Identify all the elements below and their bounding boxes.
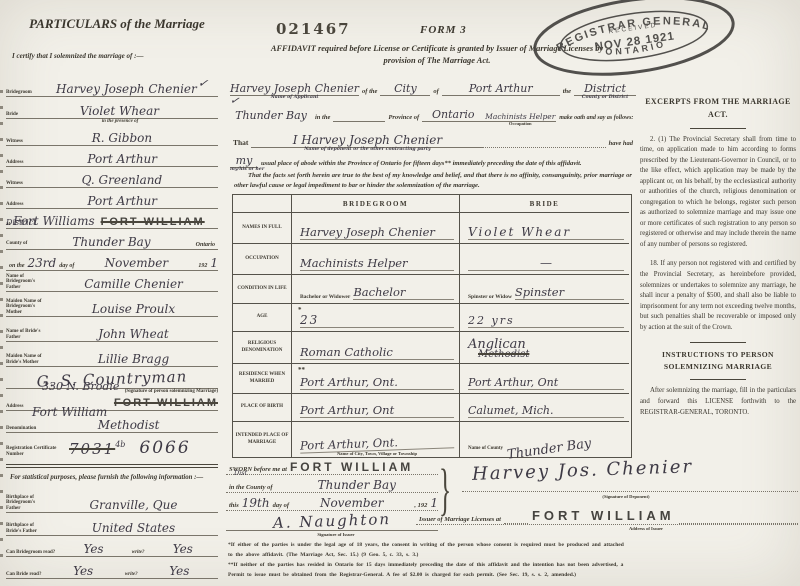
deponent-signature-label: (Signature of Deponent)	[546, 494, 706, 499]
bachelor-or-widower-label: Bachelor or Widower	[300, 294, 353, 300]
sworn-line1: SWORN before me at FORT WILLIAM	[226, 458, 438, 475]
that-label: That	[230, 138, 251, 148]
bride-religion-struck-value: Methodist	[468, 349, 529, 360]
sworn-day-of-label: day of	[270, 502, 292, 510]
religion-bride-cell: Anglican Methodist	[459, 331, 629, 363]
footnote-line1: *If either of the parties is under the l…	[228, 541, 798, 551]
sworn-month-value: November	[292, 496, 411, 510]
bride-father-value: John Wheat	[49, 328, 218, 341]
bridegroom-literacy-row: Can Bridegroom read? Yes write? Yes	[6, 536, 218, 557]
bride-father-row: Name of Bride's Father John Wheat	[6, 321, 218, 342]
bridegroom-father-birthplace-label: Birthplace of Bridegroom's Father	[6, 495, 49, 513]
registration-number-new: 6066	[139, 438, 190, 458]
province-of-label: Province of	[385, 114, 422, 122]
county-value: Thunder Bay	[30, 236, 192, 249]
year-printed: 192	[195, 263, 210, 270]
bridegroom-name-value: Harvey Joseph Chenier	[35, 83, 218, 96]
bride-literacy-row: Can Bride read? Yes write? Yes	[6, 558, 218, 579]
age-bride-cell: 22 yrs	[459, 303, 629, 331]
instructions-title: INSTRUCTIONS TO PERSON SOLEMNIZING MARRI…	[658, 349, 778, 373]
issuer-address-line: Issuer of Marriage Licenses at FORT WILL…	[416, 506, 798, 525]
occupation-slot: Machinists Helper Occupation	[484, 113, 556, 122]
marriage-details-table: BRIDEGROOM BRIDE NAMES in full Harvey Jo…	[232, 194, 632, 458]
affidavit-line2: Thunder Bay in the Province of Ontario M…	[230, 100, 636, 122]
bridegroom-write-value: Yes	[148, 543, 218, 556]
this-label: this	[226, 502, 242, 510]
condition-row-label: CONDITION in LIFE	[233, 274, 291, 303]
blank-line	[333, 121, 385, 122]
excerpt-paragraph-2-1: 2. (1) The Provincial Secretary shall fr…	[640, 135, 796, 251]
marriage-affidavit-document: PARTICULARS of the Marriage I certify th…	[0, 0, 800, 586]
birthplace-bridegroom-cell: Port Arthur, Ont	[291, 393, 459, 421]
issuer-signature-label: Signature of Issuer	[266, 532, 406, 537]
province-value: Ontario	[422, 108, 484, 122]
applicant-name-value: Harvey Joseph Chenier Name of Applicant	[230, 82, 359, 96]
instructions-paragraph: After solemnizing the marriage, fill in …	[640, 386, 796, 418]
bride-occupation-value: —	[468, 256, 624, 271]
applicant-name-text: Harvey Joseph Chenier	[230, 82, 359, 95]
solemnizer-address-row: Address 330 N. Brodie Fort William FORT …	[6, 390, 218, 411]
bridegroom-read-value: Yes	[58, 543, 128, 556]
in-county-of-label: in the County of	[226, 484, 276, 492]
birthplace-bride-cell: Calumet, Mich.	[459, 393, 629, 421]
statistics-intro: For statistical purposes, please furnish…	[10, 473, 214, 483]
bridegroom-father-birthplace-row: Birthplace of Bridegroom's Father Granvi…	[6, 492, 218, 513]
form-number: FORM 3	[420, 24, 467, 36]
address1-label: Address	[6, 160, 26, 167]
deponent-name-text: I Harvey Joseph Chenier	[293, 133, 442, 147]
oath-text: make oath and say as follows:	[556, 115, 636, 122]
bridegroom-label: Bridegroom	[6, 90, 35, 97]
denomination-value: Methodist	[39, 419, 218, 432]
bride-row: Bride Violet Whear	[6, 98, 218, 119]
bridegroom-father-row: Name of Bridegroom's Father Camille Chen…	[6, 271, 218, 292]
day-value: 23rd	[28, 256, 57, 270]
footnotes: *If either of the parties is under the l…	[228, 541, 798, 581]
asterisk-mark: *	[298, 306, 302, 314]
bride-father-birthplace-label: Birthplace of Bride's Father	[6, 523, 49, 535]
registration-number-old: 7031	[69, 440, 115, 458]
affidavit-line3: That I Harvey Joseph Chenier Name of dep…	[230, 128, 636, 148]
bridegroom-father-birthplace-value: Granville, Que	[49, 499, 218, 512]
serial-number: 021467	[276, 20, 351, 38]
day-of-label: day of	[56, 263, 77, 270]
religion-bridegroom-cell: Roman Catholic	[291, 331, 459, 363]
dotted-line	[483, 146, 605, 148]
county-label: County of	[6, 241, 30, 247]
table-corner-cell	[233, 195, 291, 212]
bride-age-value: 22 yrs	[468, 314, 624, 328]
names-row-label: NAMES in full	[233, 212, 291, 243]
registration-number-mark: 4b	[115, 440, 125, 449]
condition-bridegroom-cell: Bachelor or Widower Bachelor	[291, 274, 459, 303]
deponent-name-value: I Harvey Joseph Chenier Name of deponent…	[251, 133, 483, 148]
religion-row-label: RELIGIOUS DENOMINATION	[233, 331, 291, 363]
certify-line: I certify that I solemnized the marriage…	[12, 52, 212, 60]
witness2-label: Witness	[6, 181, 26, 188]
bridegroom-write-label: write?	[129, 550, 148, 556]
issuer-signature-line: A. Naughton	[226, 512, 438, 531]
county-row: District County of Thunder Bay Ontario	[6, 229, 218, 250]
sworn-county-value: Thunder Bay	[276, 478, 438, 492]
occupation-sublabel: Occupation	[484, 121, 556, 126]
facts-paragraph: That the facts set forth herein are true…	[234, 171, 632, 191]
fort-william-stamp: FORT WILLIAM	[528, 508, 679, 524]
bride-write-value: Yes	[141, 565, 218, 578]
county-value: Thunder Bay	[230, 109, 312, 122]
address3-street: 330 N. Brodie	[42, 380, 119, 393]
bride-condition-value: Spinster	[515, 285, 624, 300]
excerpts-title: EXCERPTS FROM THE MARRIAGE ACT.	[640, 96, 796, 122]
sworn-day-value: 19th	[242, 496, 270, 510]
bridegroom-read-label: Can Bridegroom read?	[6, 550, 58, 557]
in-the-label: in the	[312, 114, 333, 122]
issuer-at-label: Issuer of Marriage Licenses at	[416, 516, 504, 524]
bride-read-label: Can Bride read?	[6, 572, 44, 579]
bridegroom-birthplace-value: Port Arthur, Ont	[300, 403, 454, 418]
of-label: of	[430, 88, 441, 96]
sworn-line2: Dist in the County of Thunder Bay	[226, 476, 438, 493]
district-value: District County or District	[574, 82, 636, 96]
issuer-signature: A. Naughton	[226, 508, 438, 533]
condition-bride-cell: Spinster or Widow Spinster	[459, 274, 629, 303]
witness2-value: Q. Greenland	[26, 174, 218, 187]
address1-row: Address Port Arthur	[6, 146, 218, 167]
bridegroom-mother-label: Maiden Name of Bridegroom's Mother	[6, 299, 49, 317]
bridegroom-row: Bridegroom Harvey Joseph Chenier	[6, 76, 218, 97]
abode-text: usual place of abode within the Province…	[258, 160, 585, 168]
have-had-label: have had	[606, 140, 636, 148]
binding-edge-marks	[0, 90, 3, 566]
fort-william-stamp: FORT WILLIAM	[114, 397, 218, 409]
deponent-signature: Harvey Jos. Chenier	[472, 456, 694, 485]
birthplace-row-label: PLACE of BIRTH	[233, 393, 291, 421]
occupation-value: Machinists Helper	[484, 113, 556, 121]
district-text: District	[584, 82, 626, 95]
fort-william-stamp: FORT WILLIAM	[101, 216, 205, 228]
residence-row-label: RESIDENCE when MARRIED	[233, 363, 291, 393]
bridegroom-age-value: 23	[300, 313, 454, 328]
bride-father-birthplace-row: Birthplace of Bride's Father United Stat…	[6, 515, 218, 536]
bridegroom-fullname-value: Harvey Joseph Chenier	[300, 225, 454, 240]
bride-write-label: write?	[122, 572, 141, 578]
intended-place-bridegroom-cell: Port Arthur, Ont. Name of City, Town, Vi…	[291, 421, 459, 457]
sworn-block: SWORN before me at FORT WILLIAM Dist in …	[226, 458, 798, 546]
bride-residence-value: Port Arthur, Ont	[468, 376, 624, 390]
divider-rule	[6, 467, 218, 468]
dotted-line	[504, 522, 528, 524]
names-bridegroom-cell: Harvey Joseph Chenier	[291, 212, 459, 243]
bride-fullname-value: Violet Whear	[468, 225, 624, 240]
bride-label: Bride	[6, 112, 21, 119]
registration-number-row: Registration Certificate Number 7031 4b …	[6, 436, 218, 458]
names-bride-cell: Violet Whear	[459, 212, 629, 243]
date-row: on the 23rd day of November 192 1	[6, 250, 218, 271]
residence-bridegroom-cell: ** Port Arthur, Ont.	[291, 363, 459, 393]
bridegroom-column-header: BRIDEGROOM	[291, 195, 459, 212]
my-text: my	[236, 154, 253, 167]
bridegroom-father-label: Name of Bridegroom's Father	[6, 274, 49, 292]
bridegroom-mother-value: Louise Proulx	[49, 303, 218, 316]
separator-rule	[690, 342, 746, 343]
address1-value: Port Arthur	[26, 153, 218, 166]
age-bridegroom-cell: * 23	[291, 303, 459, 331]
dist-handwritten: Dist	[234, 469, 247, 477]
witness1-value: R. Gibbon	[26, 132, 218, 145]
separator-rule	[690, 128, 746, 129]
witness1-row: Witness R. Gibbon	[6, 125, 218, 146]
intended-county-cell: Name of County Thunder Bay	[459, 421, 629, 457]
dotted-line	[679, 522, 798, 524]
bridegroom-residence-value: Port Arthur, Ont.	[300, 375, 454, 390]
excerpt-paragraph-18: 18. If any person not registered with an…	[640, 259, 796, 333]
bride-column-header: BRIDE	[459, 195, 629, 212]
witness1-label: Witness	[6, 139, 26, 146]
witness2-row: Witness Q. Greenland	[6, 167, 218, 188]
denomination-row: Denomination Methodist	[6, 412, 218, 433]
address2-row: Address Port Arthur	[6, 188, 218, 209]
address2-value: Port Arthur	[26, 195, 218, 208]
place-row: at Fort Williams FORT WILLIAM	[6, 208, 218, 229]
affidavit-line1: Harvey Joseph Chenier Name of Applicant …	[230, 74, 636, 96]
my-value: my my/his or her	[230, 154, 258, 168]
bride-birthplace-value: Calumet, Mich.	[468, 404, 624, 418]
on-the-label: on the	[6, 263, 28, 270]
year-handwritten: 1	[210, 256, 218, 270]
bridegroom-condition-value: Bachelor	[353, 285, 454, 300]
divider-rule	[6, 464, 218, 465]
bridegroom-religion-value: Roman Catholic	[300, 345, 454, 360]
spinster-or-widow-label: Spinster or Widow	[468, 294, 515, 300]
bride-name-value: Violet Whear	[21, 105, 218, 118]
intended-place-row-label: INTENDED PLACE of MARRIAGE	[233, 421, 291, 457]
presence-note: in the presence of	[70, 119, 170, 125]
the-label: the	[560, 88, 574, 96]
deponent-signature-rule	[462, 491, 798, 492]
province-suffix: Ontario	[193, 242, 218, 249]
bride-father-birthplace-value: United States	[49, 522, 218, 535]
denomination-label: Denomination	[6, 426, 39, 433]
occupation-row-label: OCCUPATION	[233, 243, 291, 274]
address3-label: Address	[6, 404, 26, 411]
footnote-line3: **If neither of the parties has resided …	[228, 561, 798, 571]
place-value: Port Arthur	[442, 82, 560, 96]
month-value: November	[77, 256, 195, 270]
occupation-bride-cell: —	[459, 243, 629, 274]
footnote-line2: to the above affidavit. (The Marriage Ac…	[228, 551, 798, 561]
name-of-county-label: Name of County	[468, 446, 506, 451]
place-type-value: City	[380, 82, 430, 96]
registration-number-label: Registration Certificate Number	[6, 446, 69, 458]
double-asterisk-mark: **	[298, 366, 305, 374]
bridegroom-occupation-value: Machinists Helper	[300, 256, 454, 271]
marriage-act-excerpts: EXCERPTS FROM THE MARRIAGE ACT. 2. (1) T…	[640, 96, 796, 427]
footnote-line4: Permit to issue must be obtained from th…	[228, 571, 798, 581]
issuer-address-label: Address of Issuer	[556, 526, 736, 531]
of-the-label: of the	[359, 88, 380, 96]
occupation-bridegroom-cell: Machinists Helper	[291, 243, 459, 274]
particulars-title: PARTICULARS of the Marriage	[22, 16, 212, 32]
bride-read-value: Yes	[44, 565, 121, 578]
separator-rule	[690, 379, 746, 380]
district-handwritten: District	[6, 218, 36, 227]
residence-bride-cell: Port Arthur, Ont	[459, 363, 629, 393]
age-row-label: AGE	[233, 303, 291, 331]
fort-william-stamp: FORT WILLIAM	[290, 460, 413, 474]
affidavit-line4: my my/his or her usual place of abode wi…	[230, 150, 636, 168]
bridegroom-mother-row: Maiden Name of Bridegroom's Mother Louis…	[6, 296, 218, 317]
bride-father-label: Name of Bride's Father	[6, 329, 49, 341]
bridegroom-father-value: Camille Chenier	[49, 278, 218, 291]
